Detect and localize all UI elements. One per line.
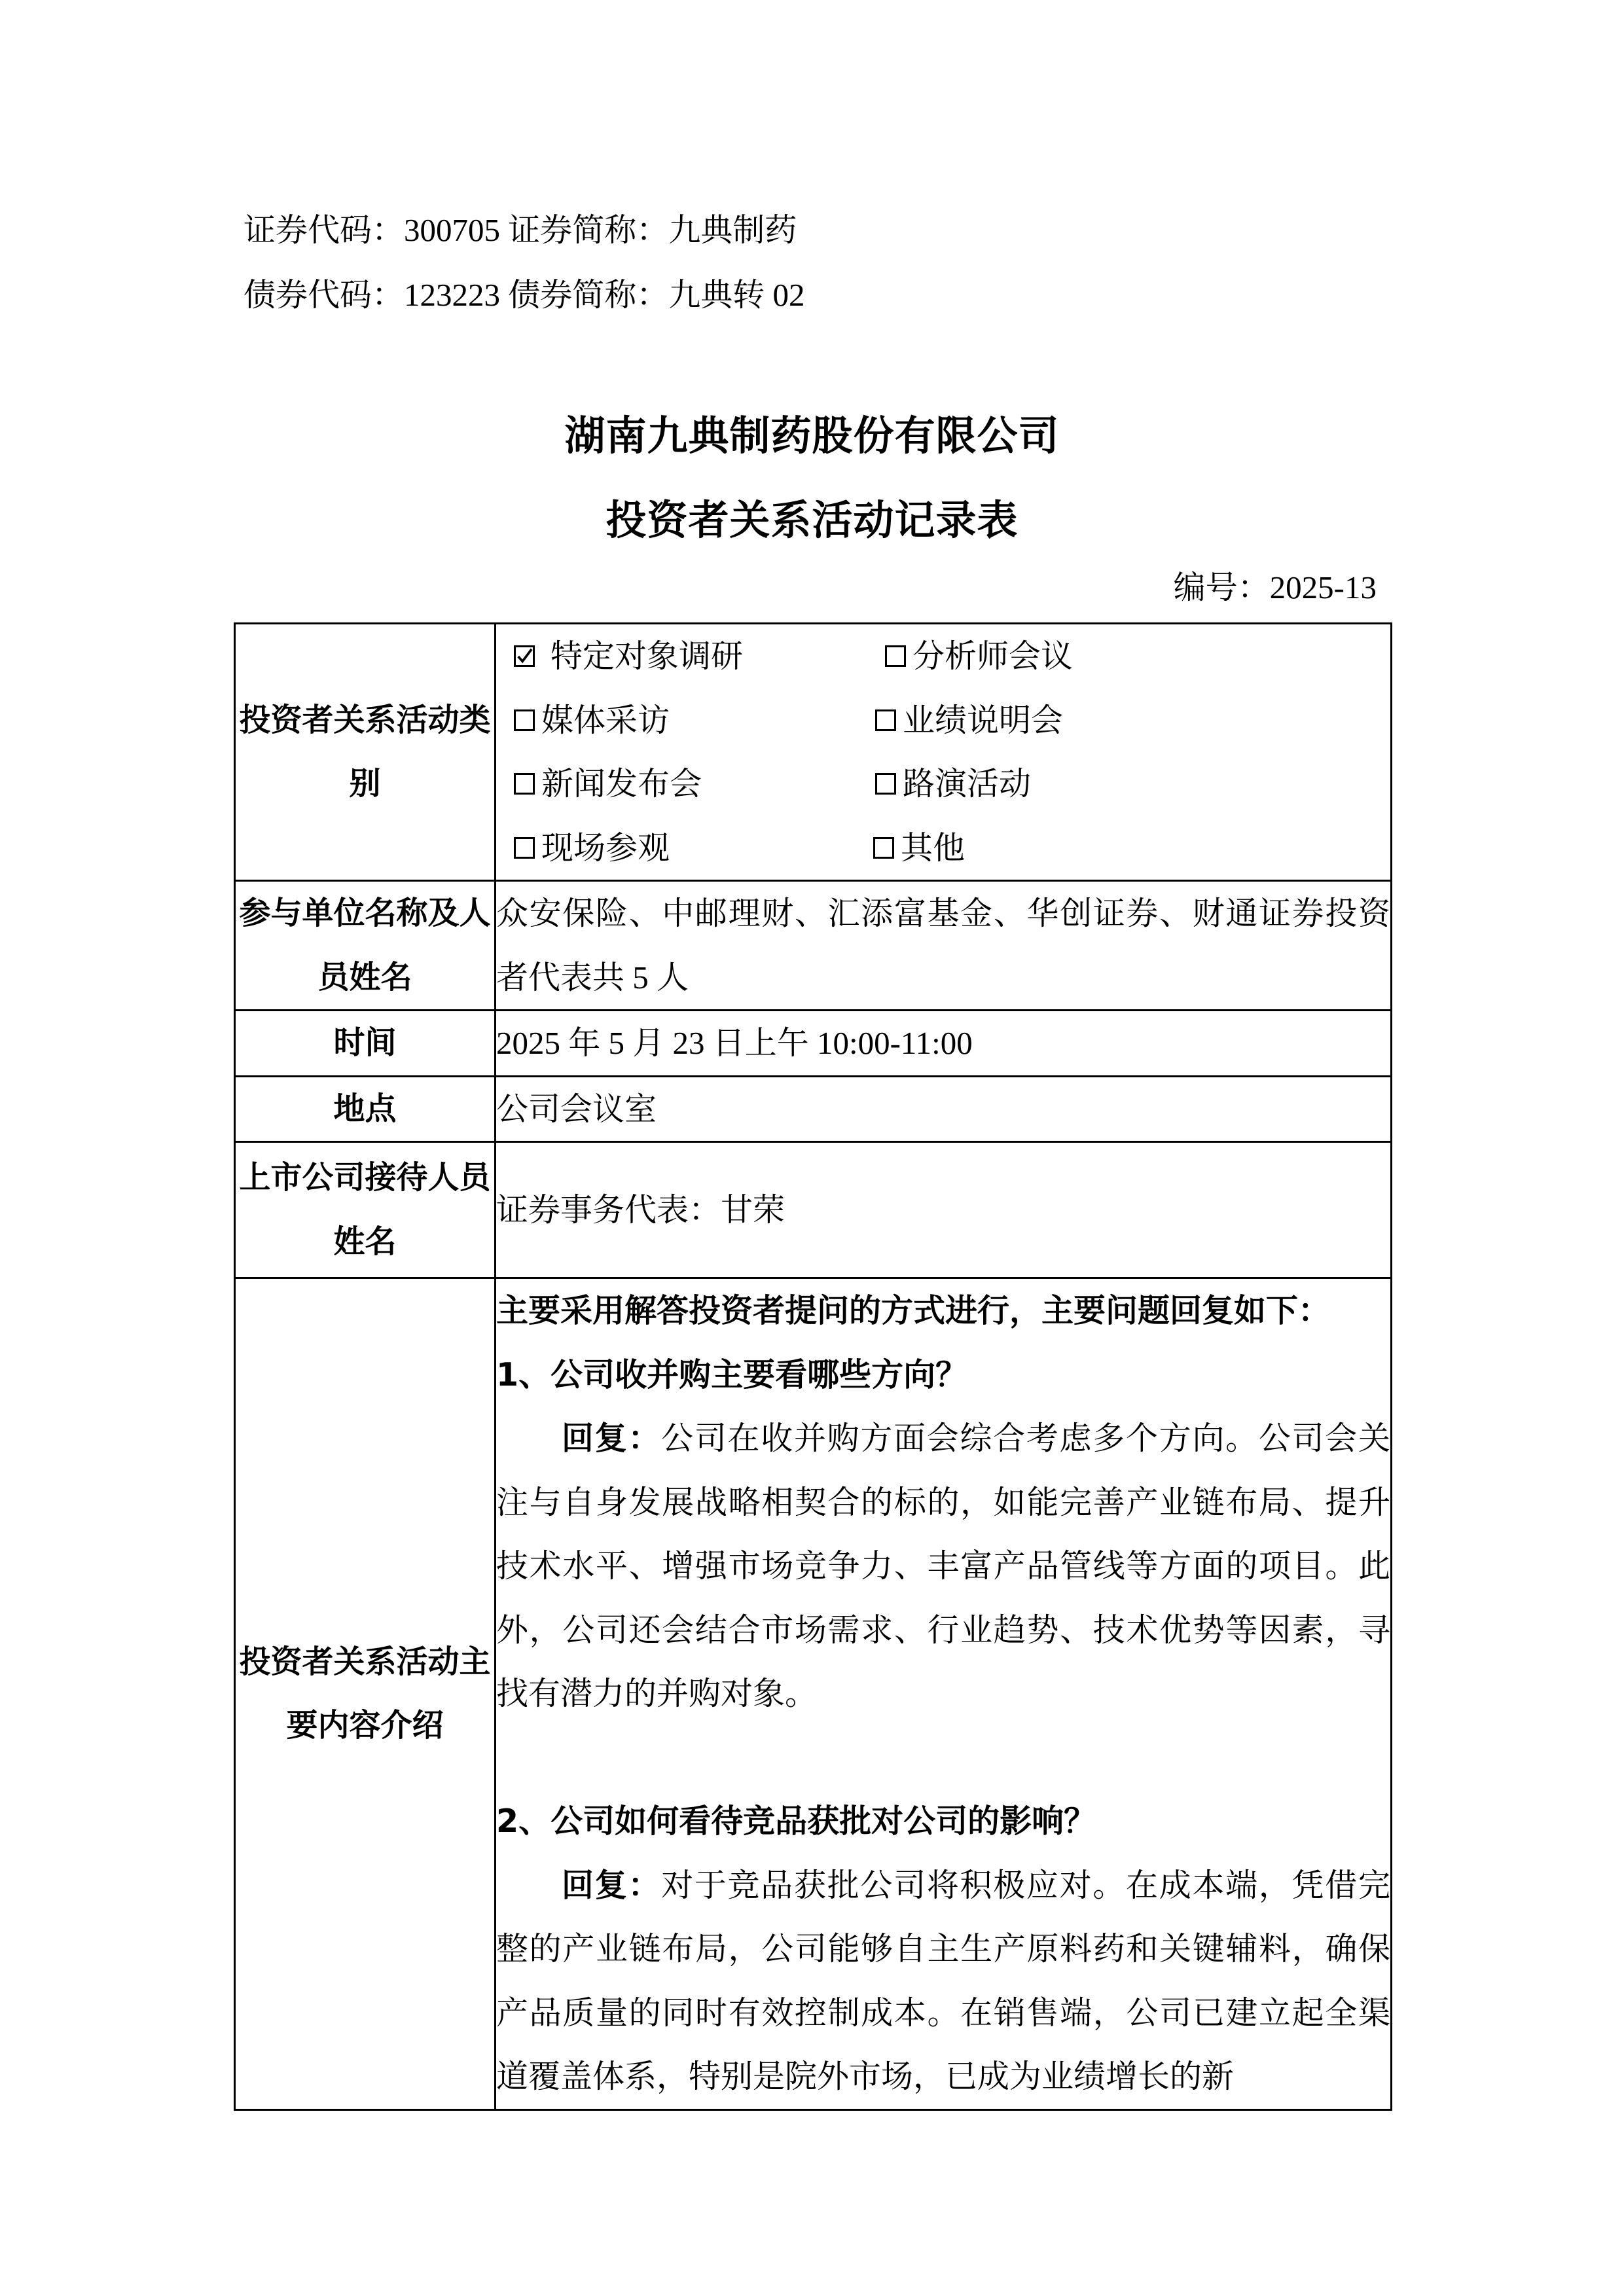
row-time: 时间 2025 年 5 月 23 日上午 10:00-11:00 — [235, 1011, 1392, 1077]
unchecked-box-icon[interactable] — [875, 709, 896, 731]
activity-type-label: 投资者关系活动类别 — [235, 624, 496, 881]
row-participants: 参与单位名称及人员姓名 众安保险、中邮理财、汇添富基金、华创证券、财通证券投资者… — [235, 881, 1392, 1011]
option-label: 现场参观 — [541, 816, 670, 880]
unchecked-box-icon[interactable] — [875, 773, 896, 795]
option-label: 媒体采访 — [541, 689, 670, 753]
company-title: 湖南九典制药股份有限公司 — [0, 410, 1624, 462]
content-body: 主要采用解答投资者提问的方式进行，主要问题回复如下： 1、公司收并购主要看哪些方… — [496, 1279, 1390, 2109]
option-roadshow[interactable]: 路演活动 — [875, 752, 1390, 816]
unchecked-box-icon[interactable] — [514, 709, 535, 731]
row-reception: 上市公司接待人员姓名 证券事务代表：甘荣 — [235, 1142, 1392, 1278]
unchecked-box-icon[interactable] — [514, 837, 535, 859]
option-specific-research[interactable]: 特定对象调研 — [514, 624, 875, 689]
content-value: 主要采用解答投资者提问的方式进行，主要问题回复如下： 1、公司收并购主要看哪些方… — [496, 1278, 1392, 2110]
document-number: 编号：2025-13 — [1174, 568, 1377, 607]
content-intro: 主要采用解答投资者提问的方式进行，主要问题回复如下： — [496, 1279, 1390, 1343]
answer-2: 回复：对于竞品获批公司将积极应对。在成本端，凭借完整的产业链布局，公司能够自主生… — [496, 1854, 1390, 2109]
participants-label: 参与单位名称及人员姓名 — [235, 881, 496, 1011]
answer-1-text: 公司在收并购方面会综合考虑多个方向。公司会关注与自身发展战略相契合的标的，如能完… — [496, 1420, 1390, 1712]
time-label: 时间 — [235, 1011, 496, 1077]
answer-2-prefix: 回复： — [562, 1867, 661, 1904]
option-other[interactable]: 其他 — [873, 816, 1390, 880]
content-label: 投资者关系活动主要内容介绍 — [235, 1278, 496, 2110]
location-label: 地点 — [235, 1076, 496, 1142]
stock-code-line: 证券代码：300705 证券简称：九典制药 — [244, 211, 797, 250]
option-label: 路演活动 — [903, 752, 1031, 816]
question-1: 1、公司收并购主要看哪些方向？ — [496, 1343, 1390, 1407]
row-location: 地点 公司会议室 — [235, 1076, 1392, 1142]
blank-line — [496, 1726, 1390, 1790]
participants-value: 众安保险、中邮理财、汇添富基金、华创证券、财通证券投资者代表共 5 人 — [496, 881, 1392, 1011]
option-analyst-meeting[interactable]: 分析师会议 — [875, 624, 1390, 689]
option-label: 分析师会议 — [912, 624, 1073, 689]
answer-1-prefix: 回复： — [562, 1420, 661, 1457]
question-2: 2、公司如何看待竞品获批对公司的影响？ — [496, 1789, 1390, 1854]
reception-value: 证券事务代表：甘荣 — [496, 1142, 1392, 1278]
option-earnings-call[interactable]: 业绩说明会 — [875, 689, 1390, 753]
activity-type-options: 特定对象调研 分析师会议 媒体采访 业绩说明会 新闻发布会 — [496, 624, 1392, 881]
option-site-visit[interactable]: 现场参观 — [514, 816, 875, 880]
option-press-conference[interactable]: 新闻发布会 — [514, 752, 875, 816]
option-label: 其他 — [901, 816, 965, 880]
row-content: 投资者关系活动主要内容介绍 主要采用解答投资者提问的方式进行，主要问题回复如下：… — [235, 1278, 1392, 2110]
unchecked-box-icon[interactable] — [885, 645, 906, 667]
option-media-interview[interactable]: 媒体采访 — [514, 689, 875, 753]
checked-box-icon[interactable] — [514, 645, 535, 667]
unchecked-box-icon[interactable] — [514, 773, 535, 795]
unchecked-box-icon[interactable] — [873, 837, 894, 859]
answer-1: 回复：公司在收并购方面会综合考虑多个方向。公司会关注与自身发展战略相契合的标的，… — [496, 1407, 1390, 1726]
time-value: 2025 年 5 月 23 日上午 10:00-11:00 — [496, 1011, 1392, 1077]
location-value: 公司会议室 — [496, 1076, 1392, 1142]
option-label: 特定对象调研 — [550, 624, 743, 689]
option-label: 业绩说明会 — [903, 689, 1063, 753]
record-table: 投资者关系活动类别 特定对象调研 分析师会议 媒体采访 — [234, 622, 1392, 2111]
participants-text: 众安保险、中邮理财、汇添富基金、华创证券、财通证券投资者代表共 5 人 — [496, 882, 1390, 1009]
reception-label: 上市公司接待人员姓名 — [235, 1142, 496, 1278]
option-label: 新闻发布会 — [541, 752, 702, 816]
form-title: 投资者关系活动记录表 — [0, 494, 1624, 547]
row-activity-type: 投资者关系活动类别 特定对象调研 分析师会议 媒体采访 — [235, 624, 1392, 881]
bond-code-line: 债券代码：123223 债券简称：九典转 02 — [244, 276, 805, 315]
